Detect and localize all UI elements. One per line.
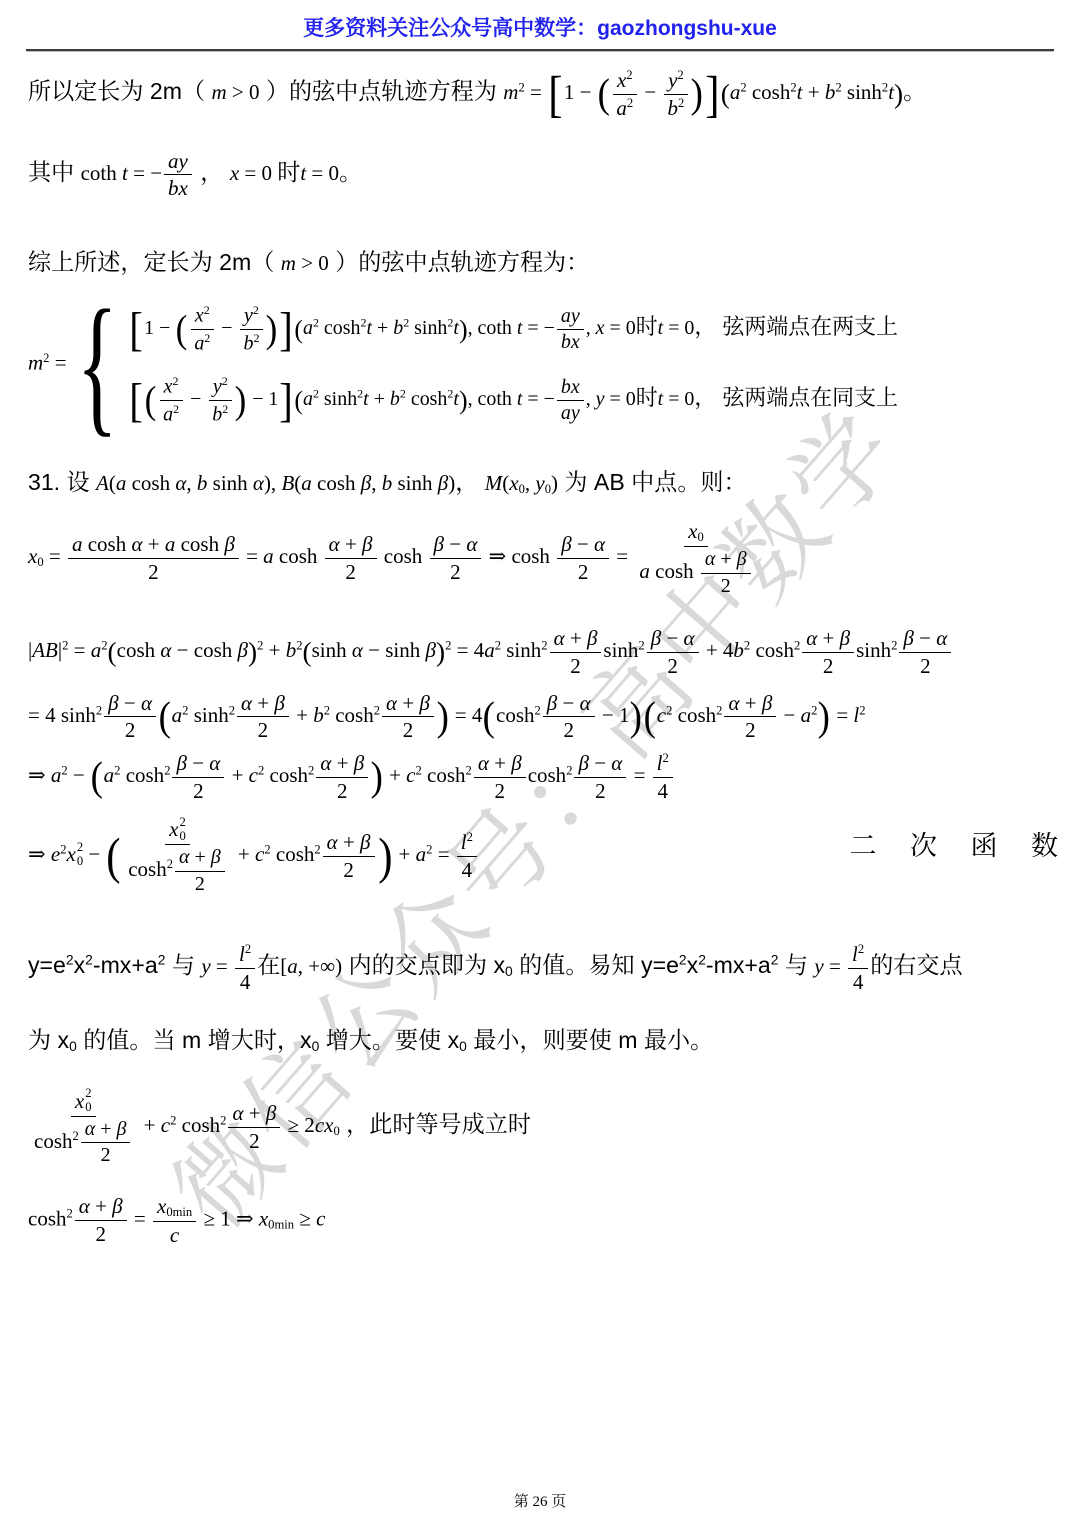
para-coth-condition: 其中 coth t = −aybx ， x = 0 时t = 0。 <box>28 149 1060 202</box>
fraction: y2b2 <box>208 374 232 427</box>
fraction: α + β2 <box>237 691 289 744</box>
para-summary-intro: 综上所述，定长为 2m（ m > 0 ）的弦中点轨迹方程为： <box>28 247 1060 277</box>
fraction: β − α2 <box>104 691 156 744</box>
cases-brace: { <box>77 309 118 421</box>
fraction: a cosh α + a cosh β2 <box>68 532 239 585</box>
page-content: 更多资料关注公众号高中数学：gaozhongshu-xue 所以定长为 2m（ … <box>0 0 1080 1247</box>
fraction: α + β2 <box>550 626 602 679</box>
formula-x0-midpoint: x0 = a cosh α + a cosh β2 = a cosh α + β… <box>28 519 1060 598</box>
section-heading-quadratic: 二 次 函 数 <box>849 824 1064 863</box>
formula-m2-cases: m2 = {[1 − (x2a2 − y2b2)](a2 cosh2t + b2… <box>28 303 1060 427</box>
sub-sup-stack: x20 <box>66 841 83 869</box>
header-divider <box>26 49 1054 52</box>
fraction: x2a2 <box>159 374 183 427</box>
sub-sup-stack: x20 <box>169 816 186 844</box>
fraction: α + β2 <box>701 548 751 598</box>
fraction: β − α2 <box>430 532 482 585</box>
fraction: α + β2 <box>474 751 526 804</box>
fraction: l24 <box>848 942 868 995</box>
fraction: l24 <box>235 942 255 995</box>
para-problem-31: 31. 设 A(a cosh α, b sinh α), B(a cosh β,… <box>28 467 1060 497</box>
fraction: l24 <box>457 830 477 883</box>
fraction: β − α2 <box>647 626 699 679</box>
fraction: x20cosh2α + β2 <box>124 816 230 897</box>
fraction: α + β2 <box>802 626 854 679</box>
fraction: α + β2 <box>175 846 225 896</box>
page-number: 第 26 页 <box>0 1490 1080 1511</box>
fraction: α + β2 <box>316 751 368 804</box>
fraction: α + β2 <box>724 691 776 744</box>
fraction: x2a2 <box>612 68 637 121</box>
formula-ab-squared-factored: = 4 sinh2β − α2(a2 sinh2α + β2 + b2 cosh… <box>28 691 1060 744</box>
formula-x0min: cosh2α + β2 = x0minc ≥ 1 ⇒ x0min ≥ c <box>28 1194 1060 1247</box>
fraction: aybx <box>164 149 192 202</box>
fraction: α + β2 <box>81 1118 131 1168</box>
fraction: α + β2 <box>323 830 375 883</box>
cases-group: {[1 − (x2a2 − y2b2)](a2 cosh2t + b2 sinh… <box>72 303 898 427</box>
cases-row: [1 − (x2a2 − y2b2)](a2 cosh2t + b2 sinh2… <box>128 303 898 356</box>
fraction: β − α2 <box>574 751 626 804</box>
cases-row: [(x2a2 − y2b2) − 1](a2 sinh2t + b2 cosh2… <box>128 374 898 427</box>
fraction: β − α2 <box>543 691 595 744</box>
fraction: bxay <box>557 376 584 426</box>
fraction: y2b2 <box>664 68 689 121</box>
fraction: aybx <box>557 305 584 355</box>
fraction: x20cosh2α + β2 <box>30 1087 136 1168</box>
fraction: l24 <box>653 751 673 804</box>
formula-ab-squared: |AB|2 = a2(cosh α − cosh β)2 + b2(sinh α… <box>28 626 1060 679</box>
fraction: β − α2 <box>557 532 609 585</box>
formula-am-gm: x20cosh2α + β2 + c2 cosh2α + β2 ≥ 2cx0 ，… <box>28 1087 1060 1168</box>
para-monotonic: 为 x0 的值。当 m 增大时，x0 增大。要使 x0 最小，则要使 m 最小。 <box>28 1025 1060 1055</box>
fraction: x0minc <box>153 1194 196 1247</box>
sub-sup-stack: x20 <box>75 1087 92 1115</box>
math-blocks: 所以定长为 2m（ m > 0 ）的弦中点轨迹方程为 m2 = [1 − (x2… <box>0 68 1080 1247</box>
formula-implication-1: ⇒ a2 − (a2 cosh2β − α2 + c2 cosh2α + β2)… <box>28 751 1060 804</box>
fraction: β − α2 <box>172 751 224 804</box>
document-page: 微信公众号：高中数学 更多资料关注公众号高中数学：gaozhongshu-xue… <box>0 0 1080 1527</box>
fraction: α + β2 <box>228 1101 280 1154</box>
fraction: α + β2 <box>382 691 434 744</box>
fraction: α + β2 <box>75 1194 127 1247</box>
para-chord-midpoint-equation: 所以定长为 2m（ m > 0 ）的弦中点轨迹方程为 m2 = [1 − (x2… <box>28 68 1060 121</box>
fraction: x2a2 <box>190 303 214 356</box>
fraction: β − α2 <box>899 626 951 679</box>
para-intersection: y=e2x2-mx+a2 与 y = l24在[a, +∞) 内的交点即为 x0… <box>28 942 1060 995</box>
fraction: x0a cosh α + β2 <box>635 519 756 598</box>
promo-header: 更多资料关注公众号高中数学：gaozhongshu-xue <box>0 0 1080 42</box>
fraction: α + β2 <box>325 532 377 585</box>
fraction: y2b2 <box>239 303 263 356</box>
